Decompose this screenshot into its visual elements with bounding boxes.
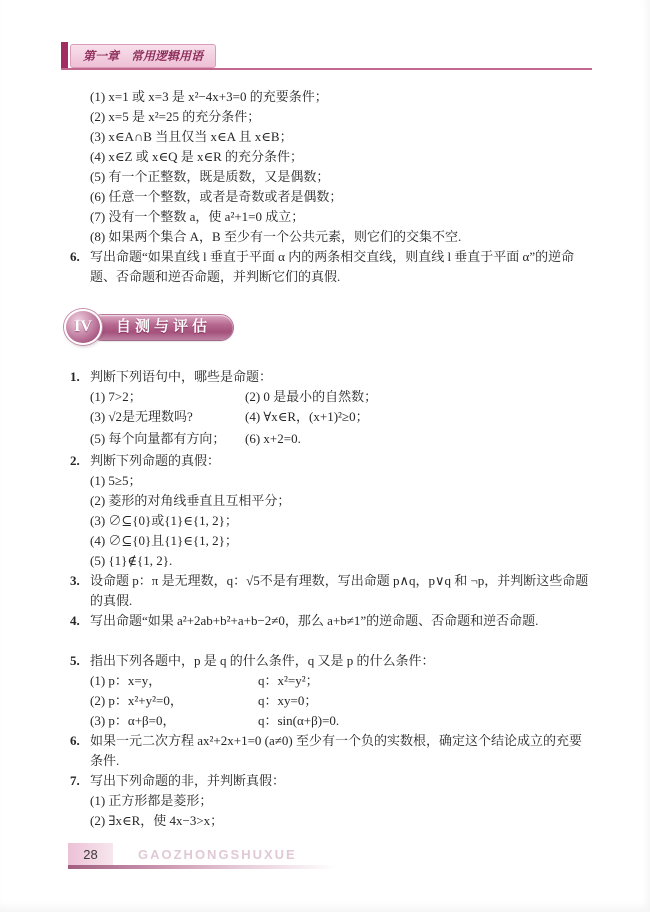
problem-text: 如果一元二次方程 ax²+2x+1=0 (a≠0) 至少有一个负的实数根，确定这… xyxy=(90,731,590,771)
problem-number: 7. xyxy=(70,771,90,791)
page-footer: 28 GAOZHONGSHUXUE xyxy=(68,843,388,873)
exercise-item-6: (6) 任意一个整数，或者是奇数或者是偶数； xyxy=(70,187,590,207)
problem-3: 3. 设命题 p：π 是无理数，q：√5不是有理数，写出命题 p∧q，p∨q 和… xyxy=(70,571,590,611)
textbook-page: 第一章 常用逻辑用语 (1) x=1 或 x=3 是 x²−4x+3=0 的充要… xyxy=(0,0,650,912)
sub-item: (5) {1}∉{1, 2}. xyxy=(70,551,590,571)
section-title-label: 自测与评估 xyxy=(116,317,211,337)
sub-item: (1) 5≥5； xyxy=(70,471,590,491)
sub-item: (1) 正方形都是菱形； xyxy=(70,791,590,811)
problem-5-row-2: (2) p：x²+y²=0， q：xy=0； xyxy=(70,691,590,711)
problem-5-row-3: (3) p：α+β=0， q：sin(α+β)=0. xyxy=(70,711,590,731)
section-title-badge: 自测与评估 xyxy=(90,315,233,340)
problem-7: 7. 写出下列命题的非，并判断真假： xyxy=(70,771,590,791)
footer-watermark: GAOZHONGSHUXUE xyxy=(138,847,297,862)
problem-5-row-1: (1) p：x=y， q：x²=y²； xyxy=(70,671,590,691)
chapter-header: 第一章 常用逻辑用语 xyxy=(61,42,592,69)
sub-item: (5) 每个向量都有方向； xyxy=(90,429,245,451)
sub-item: (2) 0 是最小的自然数； xyxy=(245,387,590,407)
sub-item: (2) p：x²+y²=0， xyxy=(90,691,258,711)
sub-item: (1) 7>2； xyxy=(90,387,245,407)
exercise-item-5: (5) 有一个正整数，既是质数，又是偶数； xyxy=(70,167,590,187)
chapter-badge: 第一章 常用逻辑用语 xyxy=(70,44,216,68)
exercise-item-3: (3) x∈A∩B 当且仅当 x∈A 且 x∈B； xyxy=(70,127,590,147)
problem-1-row-1: (1) 7>2； (2) 0 是最小的自然数； xyxy=(70,387,590,407)
footer-gradient-bar xyxy=(68,865,360,869)
top-problem-6: 6. 写出命题“如果直线 l 垂直于平面 α 内的两条相交直线，则直线 l 垂直… xyxy=(70,247,590,287)
sub-item: (3) p：α+β=0， xyxy=(90,711,258,731)
section-roman-label: IV xyxy=(74,317,92,337)
problem-1-row-3: (5) 每个向量都有方向； (6) x+2=0. xyxy=(70,429,590,451)
page-number: 28 xyxy=(83,847,97,862)
problem-2: 2. 判断下列命题的真假： xyxy=(70,451,590,471)
problem-number: 6. xyxy=(70,731,90,771)
problem-text: 写出命题“如果直线 l 垂直于平面 α 内的两条相交直线，则直线 l 垂直于平面… xyxy=(90,247,590,287)
problem-number: 4. xyxy=(70,611,90,651)
exercise-item-7: (7) 没有一个整数 a，使 a²+1=0 成立； xyxy=(70,207,590,227)
problem-number: 5. xyxy=(70,651,90,671)
problem-text: 设命题 p：π 是无理数，q：√5不是有理数，写出命题 p∧q，p∨q 和 ¬p… xyxy=(90,571,590,611)
problem-1-row-2: (3) √2是无理数吗? (4) ∀x∈R，(x+1)²≥0； xyxy=(70,407,590,429)
problem-number: 3. xyxy=(70,571,90,611)
problem-stem: 判断下列命题的真假： xyxy=(90,451,590,471)
problem-number: 1. xyxy=(70,367,90,387)
sub-item: q：xy=0； xyxy=(258,691,590,711)
sub-item: (6) x+2=0. xyxy=(245,429,590,451)
sub-item: (4) ∀x∈R，(x+1)²≥0； xyxy=(245,407,590,429)
problem-stem: 写出下列命题的非，并判断真假： xyxy=(90,771,590,791)
section-badge: IV 自测与评估 xyxy=(64,309,590,345)
problem-text: 写出命题“如果 a²+2ab+b²+a+b−2≠0，那么 a+b≠1”的逆命题、… xyxy=(90,611,590,651)
sub-item: (2) ∃x∈R，使 4x−3>x； xyxy=(70,811,590,831)
page-number-box: 28 xyxy=(68,843,113,865)
problem-number: 6. xyxy=(70,247,90,287)
problem-5: 5. 指出下列各题中，p 是 q 的什么条件，q 又是 p 的什么条件： xyxy=(70,651,590,671)
header-accent-bar xyxy=(61,42,68,69)
exercise-item-2: (2) x=5 是 x²=25 的充分条件； xyxy=(70,107,590,127)
chapter-title: 第一章 常用逻辑用语 xyxy=(83,49,203,63)
sub-item: (1) p：x=y， xyxy=(90,671,258,691)
sub-item: (4) ∅⊆{0}且{1}∈{1, 2}； xyxy=(70,531,590,551)
problem-stem: 指出下列各题中，p 是 q 的什么条件，q 又是 p 的什么条件： xyxy=(90,651,590,671)
exercise-item-1: (1) x=1 或 x=3 是 x²−4x+3=0 的充要条件； xyxy=(70,87,590,107)
page-content: (1) x=1 或 x=3 是 x²−4x+3=0 的充要条件； (2) x=5… xyxy=(0,87,650,831)
exercise-item-8: (8) 如果两个集合 A，B 至少有一个公共元素，则它们的交集不空. xyxy=(70,227,590,247)
problem-6: 6. 如果一元二次方程 ax²+2x+1=0 (a≠0) 至少有一个负的实数根，… xyxy=(70,731,590,771)
problem-4: 4. 写出命题“如果 a²+2ab+b²+a+b−2≠0，那么 a+b≠1”的逆… xyxy=(70,611,590,651)
problem-1: 1. 判断下列语句中，哪些是命题： xyxy=(70,367,590,387)
exercise-item-4: (4) x∈Z 或 x∈Q 是 x∈R 的充分条件； xyxy=(70,147,590,167)
header-rule xyxy=(61,68,592,70)
sub-item: (3) √2是无理数吗? xyxy=(90,407,245,429)
sub-item: (3) ∅⊆{0}或{1}∈{1, 2}； xyxy=(70,511,590,531)
problem-stem: 判断下列语句中，哪些是命题： xyxy=(90,367,590,387)
sub-item: q：x²=y²； xyxy=(258,671,590,691)
sub-item: q：sin(α+β)=0. xyxy=(258,711,590,731)
problem-number: 2. xyxy=(70,451,90,471)
section-roman-badge: IV xyxy=(64,309,102,345)
sub-item: (2) 菱形的对角线垂直且互相平分； xyxy=(70,491,590,511)
